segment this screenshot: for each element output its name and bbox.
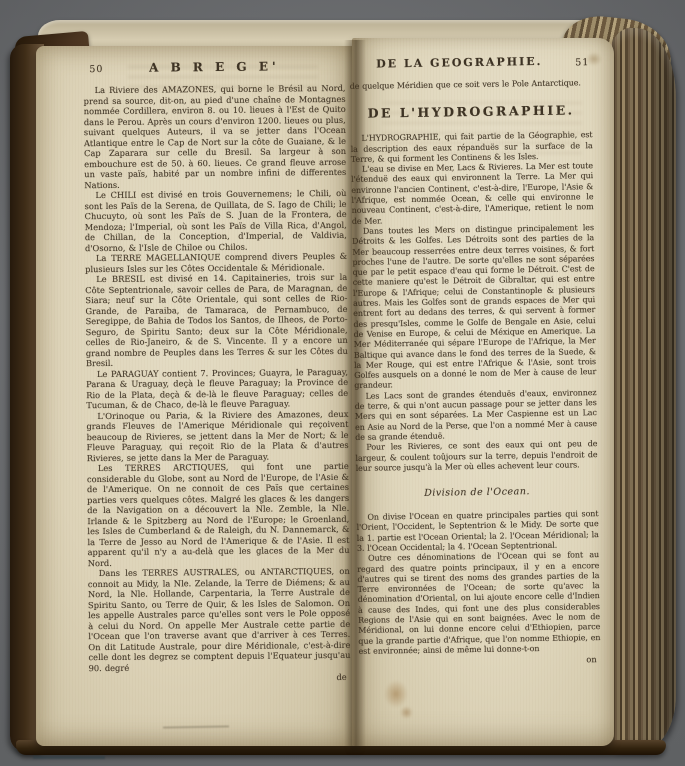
right-running-header: DE LA GEOGRAPHIE. (349, 54, 591, 71)
paragraph: On divise l'Ocean en quatre principales … (356, 509, 599, 554)
book-fore-edge-pages (604, 28, 676, 750)
continuation-paragraph: de quelque Méridien que ce soit vers le … (350, 78, 592, 92)
paragraph: Dans toutes les Mers on distingue princi… (352, 223, 597, 392)
division-subheading: Division de l'Ocean. (356, 485, 598, 500)
right-page-body: de quelque Méridien que ce soit vers le … (350, 78, 601, 657)
right-page-number: 51 (575, 57, 589, 68)
left-page-content: 50 A B R E G E' La Riviere des AMAZONES,… (83, 59, 350, 684)
photograph-background: 50 A B R E G E' La Riviere des AMAZONES,… (0, 0, 685, 766)
paragraph: Outre ces dénominations de l'Ocean qui s… (357, 550, 601, 657)
paragraph: La TERRE MAGELLANIQUE comprend divers Pe… (85, 251, 347, 274)
paragraph: Les TERRES ARCTIQUES, qui font une parti… (87, 461, 350, 568)
right-page: DE LA GEOGRAPHIE. 51 de quelque Méridien… (352, 38, 614, 746)
paragraph: Dans les TERRES AUSTRALES, ou ANTARCTIQU… (88, 566, 351, 673)
illegible-watermark-mark (33, 756, 105, 759)
paragraph: Le CHILI est divisé en trois Gouvernemen… (84, 188, 347, 253)
left-page: 50 A B R E G E' La Riviere des AMAZONES,… (36, 46, 358, 746)
section-heading: DE L'HYDROGRAPHIE. (350, 102, 592, 121)
paragraph: L'HYDROGRAPHIE, qui fait partie de la Gé… (350, 130, 592, 165)
paragraph: Le BRESIL est divisé en 14. Capitainerie… (85, 272, 348, 369)
left-running-header: A B R E G E' (83, 59, 345, 75)
paragraph: La Riviere des AMAZONES, qui borne le Br… (83, 83, 346, 190)
paragraph: Les Lacs sont de grandes étenduës d'eaux… (354, 388, 597, 443)
left-page-body: La Riviere des AMAZONES, qui borne le Br… (83, 83, 350, 673)
right-page-content: DE LA GEOGRAPHIE. 51 de quelque Méridien… (349, 54, 601, 668)
paragraph: L'eau se divise en Mer, Lacs & Rivieres.… (351, 161, 594, 227)
right-page-header-row: DE LA GEOGRAPHIE. 51 (349, 54, 591, 78)
left-catchword: de (89, 672, 351, 684)
paragraph: Le PARAGUAY contient 7. Provinces; Guayr… (86, 366, 348, 410)
paragraph: Pour les Rivieres, ce sont des eaux qui … (355, 439, 597, 474)
paragraph: L'Orinoque ou Paria, & la Riviere des Am… (86, 408, 348, 463)
left-page-header-row: 50 A B R E G E' (83, 59, 345, 81)
left-page-number: 50 (89, 64, 103, 75)
